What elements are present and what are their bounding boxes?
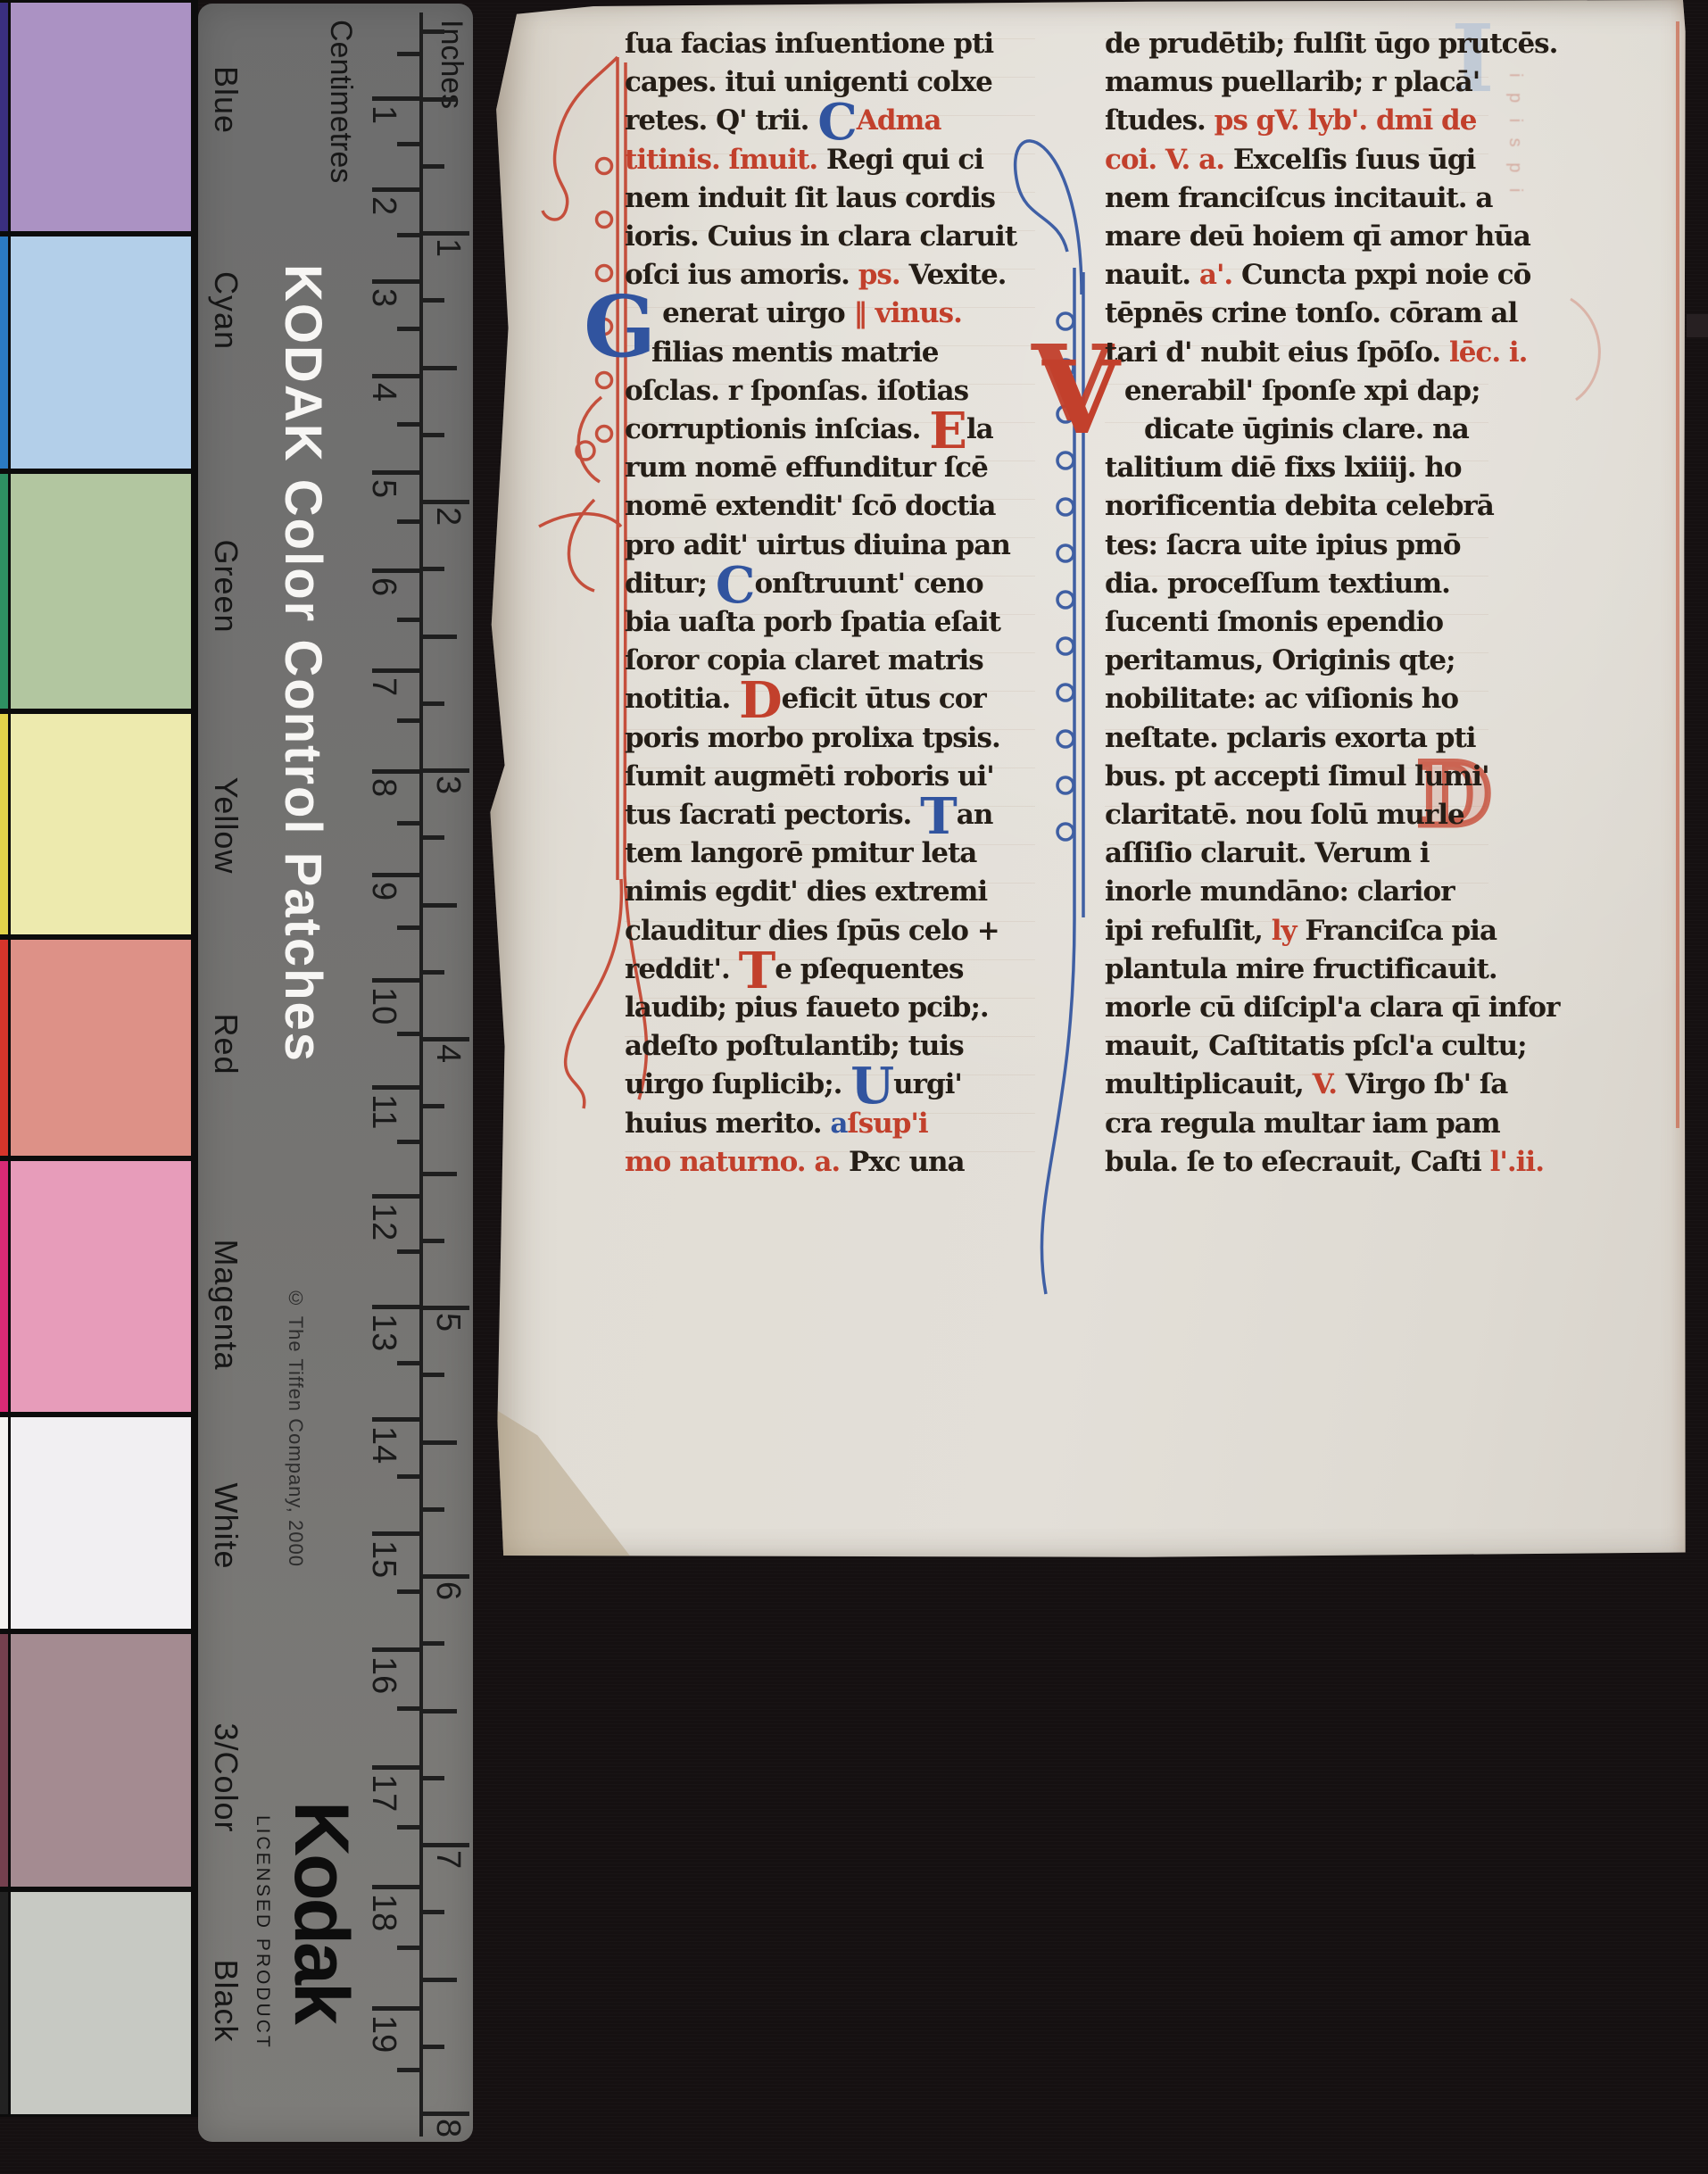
inch-tick-half [423,1709,457,1713]
text-black: mamus puellarib; r placā' [1105,66,1480,98]
manuscript-line: tari d' nubit eius ſpōſo. lēc. i. [1105,333,1527,372]
cm-tick-major [372,2006,420,2011]
text-black: oſclas. r ſponſas. iſotias [625,375,968,407]
inch-number-6: 6 [428,1581,467,1600]
manuscript-line: peritamus, Originis qte; [1105,641,1455,680]
cm-tick-major [372,1417,420,1422]
text-black: tus ſacrati pectoris. [625,799,920,831]
text-blue: G [584,278,655,377]
cm-tick-major [372,96,420,101]
text-black: tēpnēs crine tonſo. cōram al [1105,297,1517,329]
manuscript-line: ditur; Conſtruunt' ceno [625,564,983,603]
manuscript-line: coi. V. a. Excelſis ſuus ūgi [1105,140,1475,179]
text-black: ipi refulſit, [1105,915,1272,947]
cm-tick-major [372,1647,420,1652]
text-black: an [957,799,993,831]
text-black: la [966,413,993,445]
manuscript-line: corruptionis inſcias. Ela [625,410,993,449]
text-red: titinis. ſmuit. [625,144,826,176]
patch-edge-blue [0,3,8,231]
inch-tick-major [423,1037,469,1041]
inch-tick-major [423,768,469,773]
inch-tick-quarter [423,29,444,34]
patch-edge-3-color [0,1634,8,1887]
cm-tick-major [372,668,420,673]
manuscript-line: claritatē. nou ſolū murle [1105,795,1464,834]
inch-tick-half [423,1172,457,1176]
cm-tick-major [372,1085,420,1090]
background-seam [1687,314,1708,337]
manuscript-line: tēpnēs crine tonſo. cōram al [1105,294,1517,333]
manuscript-line: filias mentis matrie [651,333,938,372]
inch-number-8: 8 [428,2119,467,2137]
manuscript-line: oſci ius amoris. ps. Vexite. [625,255,1006,295]
text-black: ditur; [625,568,716,600]
manuscript-line: mare deū hoiem qī amor hūa [1105,217,1530,256]
patch-label-cyan: Cyan [207,271,245,350]
text-red: lēc. i. [1449,336,1528,369]
text-black: eficit ūtus cor [782,683,986,715]
centimetres-label: Centimetres [323,20,358,183]
text-black: onſtruunt' ceno [754,568,983,600]
inch-number-4: 4 [428,1044,467,1063]
inch-tick-quarter [423,164,444,169]
manuscript-line: ſtudes. ps gV. lyb'. dmī de [1105,101,1476,140]
cm-number-19: 19 [364,2015,402,2053]
text-black: talitium diē fixs lxiiij. ho [1105,452,1462,484]
manuscript-line: plantula mire fructificauit. [1105,950,1497,989]
cm-tick-half [397,327,420,331]
text-black: pro adit' uirtus diuina pan [625,529,1010,561]
manuscript-line: pro adit' uirtus diuina pan [625,526,1010,565]
text-red: Adma [857,104,941,137]
text-black: plantula mire fructificauit. [1105,953,1497,985]
text-black: ſua facias inſuentione pti [625,28,993,60]
patch-label-magenta: Magenta [207,1239,245,1370]
inch-tick-quarter [423,567,444,571]
manuscript-line: bula. ſe to eſecrauit, Caſti l'.ii. [1105,1142,1544,1182]
patch-label-green: Green [207,539,245,633]
inch-number-5: 5 [428,1313,467,1332]
manuscript-line: mauit, Caſtitatis pſcl'a cultu; [1105,1026,1527,1066]
cm-number-14: 14 [364,1426,402,1464]
text-black: poris morbo prolixa tpsis. [625,722,1000,754]
patch-edge-green [0,474,8,709]
manuscript-line: nimis egdit' dies extremi [625,872,987,911]
text-black: tem langorē pmitur leta [625,837,976,869]
manuscript-line: Venerabil' ſponſe xpi dap; [1105,371,1480,411]
inch-number-3: 3 [428,776,467,794]
manuscript-line: mo naturno. a. Pxc una [625,1142,965,1182]
inch-tick-major [423,2112,469,2116]
cm-tick-half [397,1032,420,1036]
text-red: mo naturno. a. [625,1146,849,1178]
cm-tick-half [397,925,420,930]
inch-tick-quarter [423,1507,444,1512]
inch-tick-half [423,97,457,102]
cm-tick-half [397,821,420,826]
text-black: de prudētib; fulſit ūgo prutcēs. [1105,28,1557,60]
manuscript-line: clauditur dies ſpūs celo + [625,911,999,950]
cm-tick-half [397,142,420,146]
cm-tick-half [397,1589,420,1594]
text-black: enerat uirgo [662,297,853,329]
manuscript-line: adeſto poſtulantib; tuis [625,1026,964,1066]
cm-tick-half [397,618,420,622]
text-black: dia. proceſſum textium. [1105,568,1450,600]
inch-tick-quarter [423,298,444,303]
manuscript-line: capes. itui unigenti colxe [625,62,992,102]
manuscript-line: ſucenti ſmonis ependio [1105,602,1443,642]
cm-tick-half [397,1706,420,1711]
manuscript-line: ſoror copia claret matris [625,641,983,680]
inch-tick-quarter [423,1104,444,1108]
patch-edge-black [0,1892,8,2114]
cm-tick-half [397,1474,420,1479]
text-red: ps. [858,259,909,291]
text-black: cra regula multar iam pam [1105,1108,1500,1140]
manuscript-line: norificentia debita celebrā [1105,486,1494,526]
cm-tick-half [397,52,420,56]
manuscript-line: Generat uirgo ‖ vinus. [625,294,962,333]
cm-tick-major [372,769,420,774]
manuscript-line: ioris. Cuius in clara claruit [625,217,1016,256]
text-red: a'. [1199,259,1241,291]
text-black: dicate ūginis clare. na [1144,413,1469,445]
cm-tick-major [372,1885,420,1889]
manuscript-line: retes. Q' trii. CAdma [625,101,941,140]
text-black: aſſiſio claruit. Verum i [1105,837,1430,869]
cm-number-13: 13 [364,1314,402,1351]
text-black: neſtate. pclaris exorta pti [1105,722,1476,754]
text-black: nem induit ſit laus cordis [625,182,995,214]
cm-number-18: 18 [364,1894,402,1931]
text-black: enerabil' ſponſe xpi dap; [1124,375,1480,407]
manuscript-line: reddit'. Te pſequentes [625,950,964,989]
manuscript-line: ſua facias inſuentione pti [625,24,993,63]
cm-number-17: 17 [364,1774,402,1812]
text-black: capes. itui unigenti colxe [625,66,992,98]
cm-tick-major [372,374,420,378]
cm-number-4: 4 [364,383,402,402]
text-black: nauit. [1105,259,1199,291]
manuscript-line: neſtate. pclaris exorta pti [1105,718,1476,758]
text-black: inorle mundāno: clarior [1105,875,1455,908]
manuscript-line: laudib; pius faueto pcib;. [625,988,989,1027]
text-black: ſtudes. [1105,104,1215,137]
text-black: Regi qui ci [826,144,983,176]
patch-label-blue: Blue [207,66,245,134]
manuscript-line: dicate ūginis clare. na [1144,410,1469,449]
cm-tick-major [372,1194,420,1199]
patch-label-yellow: Yellow [207,777,245,875]
manuscript-line: rum nomē effunditur ſcē [625,448,988,487]
manuscript-line: cra regula multar iam pam [1105,1104,1500,1143]
manuscript-line: tus ſacrati pectoris. Tan [625,795,992,834]
text-black: Vexite. [908,259,1006,291]
cm-number-9: 9 [364,882,402,900]
manuscript-line: de prudētib; fulſit ūgo prutcēs. [1105,24,1557,63]
text-black: mauit, Caſtitatis pſcl'a cultu; [1105,1030,1527,1062]
cm-tick-major [372,187,420,192]
patch-black [11,1892,191,2114]
cm-tick-major [372,568,420,573]
patch-cyan [11,236,191,469]
text-red: coi. V. a. [1105,144,1233,176]
manuscript-line: huius merito. aſsup'i [625,1104,928,1143]
patch-red [11,940,191,1156]
text-black: corruptionis inſcias. [625,413,929,445]
inch-number-1: 1 [428,238,467,257]
manuscript-line: morle cū diſcipl'a clara qī infor [1105,988,1559,1027]
manuscript-leaf: V I D i p i s p i ſua facias inſuentione… [485,0,1687,1562]
text-red: l'.ii. [1490,1146,1544,1178]
text-black: Franciſca pia [1305,915,1497,947]
text-black: Pxc una [849,1146,965,1178]
text-column-left: ſua facias inſuentione pticapes. itui un… [625,0,1035,1187]
cm-tick-half [397,519,420,524]
cm-number-15: 15 [364,1540,402,1578]
inch-tick-quarter [423,433,444,437]
cm-tick-half [397,233,420,237]
cm-tick-major [372,873,420,877]
manuscript-line: talitium diē fixs lxiiij. ho [1105,448,1462,487]
cm-number-8: 8 [364,778,402,797]
inch-tick-major [423,500,469,504]
cm-tick-half [397,422,420,427]
manuscript-line: aſſiſio claruit. Verum i [1105,834,1430,873]
text-black: tes: ſacra uite ipius pmō [1105,529,1461,561]
cm-tick-half [397,2068,420,2072]
patch-label-white: White [207,1482,245,1569]
text-black: nobilitate: ac viſionis ho [1105,683,1458,715]
patch-edge-white [0,1417,8,1629]
text-black: ſoror copia claret matris [625,644,983,676]
showthrough-text: i p i s p i [1505,73,1525,197]
text-red: ſsup'i [847,1108,927,1140]
patch-white [11,1417,191,1629]
patch-label-red: Red [207,1013,245,1075]
inch-tick-quarter [423,1910,444,1914]
text-black: e pſequentes [775,953,963,985]
manuscript-line: poris morbo prolixa tpsis. [625,718,1000,758]
text-black: peritamus, Originis qte; [1105,644,1455,676]
patch-3-color [11,1634,191,1887]
text-black: ioris. Cuius in clara claruit [625,220,1016,253]
cm-tick-half [397,1946,420,1950]
manuscript-line: tes: ſacra uite ipius pmō [1105,526,1461,565]
patch-edge-yellow [0,714,8,934]
patch-magenta [11,1161,191,1412]
inch-tick-quarter [423,835,444,840]
text-black: adeſto poſtulantib; tuis [625,1030,964,1062]
inch-number-7: 7 [428,1850,467,1869]
inch-tick-half [423,1440,457,1445]
manuscript-line: nauit. a'. Cuncta pxpi noie cō [1105,255,1530,295]
text-black: morle cū diſcipl'a clara qī infor [1105,992,1559,1024]
text-black: mare deū hoiem qī amor hūa [1105,220,1530,253]
inch-tick-quarter [423,1641,444,1646]
cm-tick-half [397,1249,420,1254]
text-black: norificentia debita celebrā [1105,490,1494,522]
showthrough-curve [1571,299,1599,400]
text-black: multiplicauit, [1105,1068,1313,1100]
text-black: laudib; pius faueto pcib;. [625,992,989,1024]
patch-green [11,474,191,709]
inch-tick-major [423,1843,469,1847]
inch-tick-major [423,231,469,236]
text-black: reddit'. [625,953,739,985]
text-black: Virgo ſb' ſa [1346,1068,1507,1100]
cm-number-6: 6 [364,577,402,596]
manuscript-line: mamus puellarib; r placā' [1105,62,1480,102]
cm-tick-half [397,1825,420,1830]
inch-tick-major [423,1306,469,1310]
text-black: Cuncta pxpi noie cō [1241,259,1530,291]
licensed-product-text: LICENSED PRODUCT [252,1815,273,2050]
inch-tick-quarter [423,1776,444,1780]
manuscript-line: titinis. ſmuit. Regi qui ci [625,140,983,179]
cm-number-10: 10 [364,987,402,1025]
color-patch-strip [0,0,198,2117]
cm-number-5: 5 [364,479,402,498]
kodak-logo: Kodak [277,1801,365,2022]
inch-tick-quarter [423,1239,444,1243]
text-black: ſucenti ſmonis ependio [1105,606,1443,638]
inch-tick-quarter [423,2045,444,2049]
text-black: retes. Q' trii. [625,104,817,137]
inch-tick-half [423,903,457,908]
cm-tick-major [372,1305,420,1309]
photographed-manuscript-scene: KODAK Color Control Patches © The Tiffen… [0,0,1708,2174]
manuscript-line: tem langorē pmitur leta [625,834,976,873]
cm-number-11: 11 [364,1094,402,1129]
text-black: urgi' [893,1068,962,1100]
cm-number-2: 2 [364,196,402,215]
manuscript-line: nem induit ſit laus cordis [625,178,995,218]
cm-tick-half [397,1140,420,1144]
text-black: clauditur dies ſpūs celo + [625,915,999,947]
text-black: claritatē. nou ſolū murle [1105,799,1464,831]
patch-edge-red [0,940,8,1156]
patch-edge-magenta [0,1161,8,1412]
patch-yellow [11,714,191,934]
patch-label-black: Black [207,1959,245,2042]
manuscript-line: nomē extendit' ſcō doctia [625,486,995,526]
text-red: ps gV. lyb'. dmī de [1215,104,1477,137]
cm-number-12: 12 [364,1203,402,1241]
text-red: vinus. [875,297,962,329]
text-red: V [1042,340,1119,457]
text-red: V. [1313,1068,1346,1100]
manuscript-line: nem franciſcus incitauit. a [1105,178,1492,218]
inch-tick-quarter [423,970,444,975]
text-blue: a [830,1108,847,1140]
inch-tick-quarter [423,1373,444,1377]
text-red: ly [1272,915,1306,947]
cm-tick-half [397,718,420,723]
text-black: Excelſis ſuus ūgi [1233,144,1476,176]
manuscript-line: bus. pt accepti ſimul lumi' [1105,757,1489,796]
manuscript-line: inorle mundāno: clarior [1105,872,1455,911]
cm-number-16: 16 [364,1656,402,1694]
text-black: oſci ius amoris. [625,259,858,291]
patch-edge-cyan [0,236,8,469]
inch-tick-quarter [423,701,444,706]
manuscript-line: multiplicauit, V. Virgo ſb' ſa [1105,1065,1507,1104]
text-black: nomē extendit' ſcō doctia [625,490,995,522]
text-black: bula. ſe to eſecrauit, Caſti [1105,1146,1490,1178]
text-black: huius merito. [625,1108,830,1140]
cm-number-7: 7 [364,677,402,696]
manuscript-line: notitia. Deficit ūtus cor [625,679,986,718]
text-black: uirgo ſuplicib;. [625,1068,850,1100]
text-column-right: de prudētib; fulſit ūgo prutcēs.mamus pu… [1105,0,1488,1187]
cm-tick-major [372,1765,420,1770]
cm-number-1: 1 [364,105,402,124]
manuscript-line: uirgo ſuplicib;. Uurgi' [625,1065,962,1104]
text-red: ‖ [853,297,875,329]
cm-tick-major [372,470,420,475]
text-black: filias mentis matrie [651,336,938,369]
cm-tick-major [372,279,420,284]
cm-tick-half [397,1361,420,1365]
manuscript-line: bia uaſta porb ſpatia eſait [625,602,1000,642]
inch-tick-half [423,635,457,639]
text-black: tari d' nubit eius ſpōſo. [1105,336,1449,369]
manuscript-line: ipi refulſit, ly Franciſca pia [1105,911,1497,950]
patch-label-3-color: 3/Color [207,1722,245,1832]
tiffen-copyright-text: © The Tiffen Company, 2000 [284,1287,307,1567]
manuscript-line: dia. proceſſum textium. [1105,564,1450,603]
manuscript-line: nobilitate: ac viſionis ho [1105,679,1458,718]
inch-tick-half [423,1978,457,1982]
text-black: bia uaſta porb ſpatia eſait [625,606,1000,638]
text-black: notitia. [625,683,739,715]
text-black: nem franciſcus incitauit. a [1105,182,1492,214]
inch-tick-major [423,1574,469,1579]
cm-number-3: 3 [364,288,402,307]
manuscript-line: oſclas. r ſponſas. iſotias [625,371,968,411]
patch-blue [11,3,191,231]
cm-tick-major [372,978,420,983]
text-black: rum nomē effunditur ſcē [625,452,988,484]
text-black: nimis egdit' dies extremi [625,875,987,908]
inch-number-2: 2 [428,507,467,526]
cm-tick-major [372,1531,420,1536]
text-black: bus. pt accepti ſimul lumi' [1105,760,1489,792]
inch-tick-half [423,366,457,370]
kodak-title-text: KODAK Color Control Patches [273,264,333,1063]
